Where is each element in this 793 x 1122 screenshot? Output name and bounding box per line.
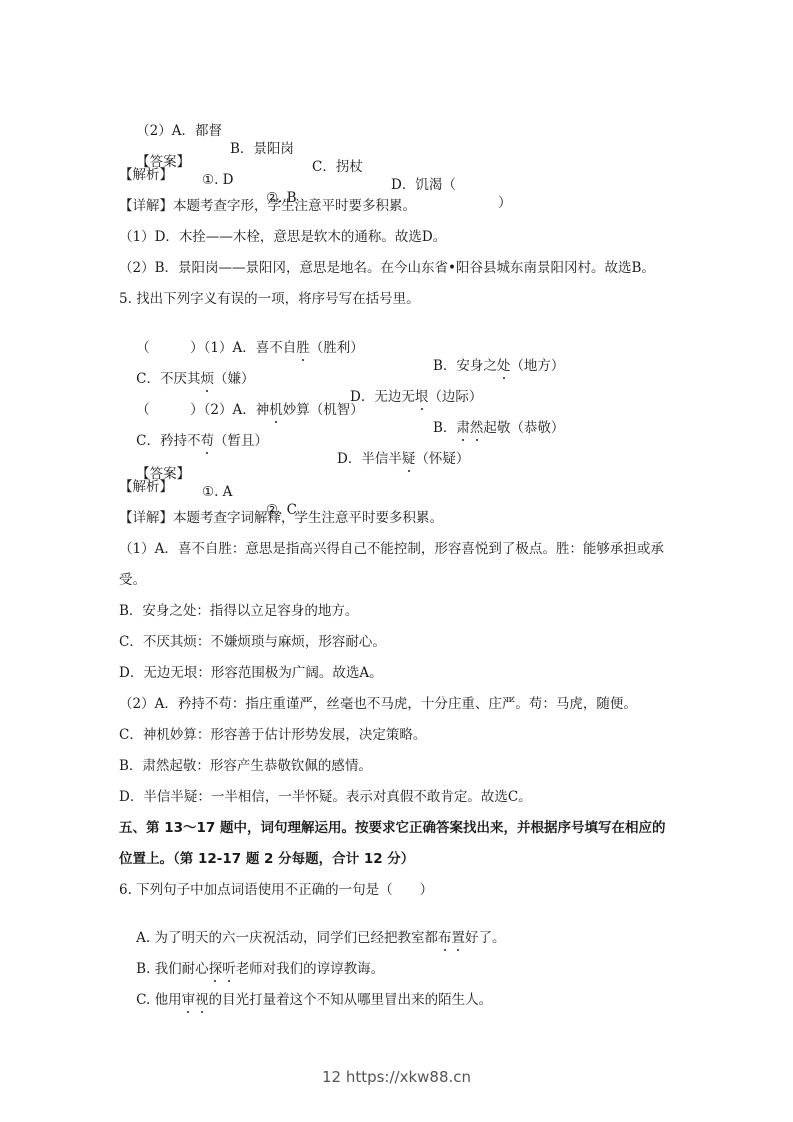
section-heading-line1: 五、第 13～17 题中，词句理解运用。按要求它正确答案找出来，并根据序号填写在… [119, 819, 665, 837]
emphasis-char: 苟 [201, 432, 215, 450]
document-page: （2）A．都督 B．景阳岗 C．拐杖 D．饥渴（ ） 【答案】 ①. D ②. … [0, 0, 793, 1122]
q5-explanation: B．安身之处：指得以立足容身的地方。 [119, 602, 358, 620]
emphasis-char: 处 [497, 357, 511, 375]
q5-explanation: C．不厌其烦：不嫌烦琐与麻烦，形容耐心。 [119, 633, 386, 651]
q4-detail-2: （2）B．景阳岗——景阳冈，意思是地名。在今山东省•阳谷县城东南景阳冈村。故选B… [119, 259, 655, 277]
section-heading-line2: 位置上。（第 12-17 题 2 分每题，合计 12 分） [119, 850, 414, 868]
q5-p1-b-lead: B．安身之 [433, 358, 497, 374]
q5-p2-b-lead: B． [433, 420, 456, 436]
q5-explanation: D．无边无垠：形容范围极为广阔。故选A。 [119, 664, 383, 682]
emphasis-char: 置 [452, 929, 466, 947]
q5-explanation: （1）A．喜不自胜：意思是指高兴得自己不能控制，形容喜悦到了极点。胜：能够承担或… [119, 540, 664, 558]
answer-1: ①. A [202, 483, 232, 501]
emphasis-char: 然 [470, 419, 484, 437]
q5-p2-a-tail: 妙算（机智） [283, 402, 364, 418]
q4-detail: 【详解】本题考查字形，学生注意平时要多积累。 [119, 197, 416, 215]
q6-stem: 6. 下列句子中加点词语使用不正确的一句是（ ） [119, 881, 433, 899]
emphasis-char: 胜 [296, 339, 310, 357]
answer-1: ①. D [202, 171, 234, 189]
q6-option-c: C. 他用审视的目光打量着这个不知从哪里冒出来的陌生人。 [119, 973, 492, 1027]
q4-detail-1: （1）D．木拴——木栓，意思是软木的通称。故选D。 [119, 228, 446, 246]
q5-explanation: （2）A．矜持不苟：指庄重谨严，丝毫也不马虎，十分庄重、庄严。苟：马虎，随便。 [119, 695, 637, 713]
q5-p2-d-lead: D．半信半 [337, 451, 402, 467]
q6-c-lead: C. 他用 [136, 992, 181, 1008]
q5-detail: 【详解】本题考查字词解释，学生注意平时要多积累。 [119, 509, 443, 527]
q5-analysis-label: 【解析】 [119, 478, 173, 496]
q6-c-tail: 的目光打量着这个不知从哪里冒出来的陌生人。 [209, 992, 493, 1008]
blank-close: ） [498, 194, 512, 212]
q5-p1-a-tail: （胜利） [310, 340, 364, 356]
emphasis-char: 审 [182, 991, 196, 1009]
q5-p1-d: D．无边无垠（边际） [350, 388, 482, 406]
q4-analysis-label: 【解析】 [119, 166, 173, 184]
emphasis-char: 疑 [402, 450, 416, 468]
emphasis-char: 布 [438, 929, 452, 947]
option-d: D．饥渴（ [391, 176, 456, 194]
q5-p2-d-tail: （怀疑） [415, 451, 469, 467]
q6-a-tail: 好了。 [465, 930, 506, 946]
q5-p2-d: D．半信半疑（怀疑） [337, 450, 469, 468]
q5-p2-b-tail: 起敬（恭敬） [483, 420, 564, 436]
emphasis-char: 垠 [415, 388, 429, 406]
q5-explanation: D．半信半疑：一半相信，一半怀疑。表示对真假不敢肯定。故选C。 [119, 788, 532, 806]
emphasis-char: 肃 [456, 419, 470, 437]
q5-p2-c-tail: （暂且） [214, 433, 268, 449]
q5-p1-d-tail: （边际） [428, 389, 482, 405]
option-c: C．拐杖 [312, 158, 363, 176]
q5-explanation: 受。 [119, 571, 146, 589]
footer-url: https://xkw88.cn [346, 1068, 471, 1086]
q5-stem: 5. 找出下列字义有误的一项，将序号写在括号里。 [119, 290, 420, 308]
emphasis-char: 机 [269, 401, 283, 419]
q5-p1-b-tail: （地方） [510, 358, 564, 374]
q5-explanation: C．神机妙算：形容善于估计形势发展，决定策略。 [119, 726, 426, 744]
option-b: B．景阳岗 [230, 140, 294, 158]
q5-explanation: B．肃然起敬：形容产生恭敬钦佩的感情。 [119, 757, 372, 775]
emphasis-char: 视 [195, 991, 209, 1009]
q5-p2-b: B．肃然起敬（恭敬） [433, 419, 564, 437]
q5-p1-b: B．安身之处（地方） [433, 357, 564, 375]
page-number: 12 [322, 1068, 341, 1086]
page-footer: 12 https://xkw88.cn [0, 1068, 793, 1086]
